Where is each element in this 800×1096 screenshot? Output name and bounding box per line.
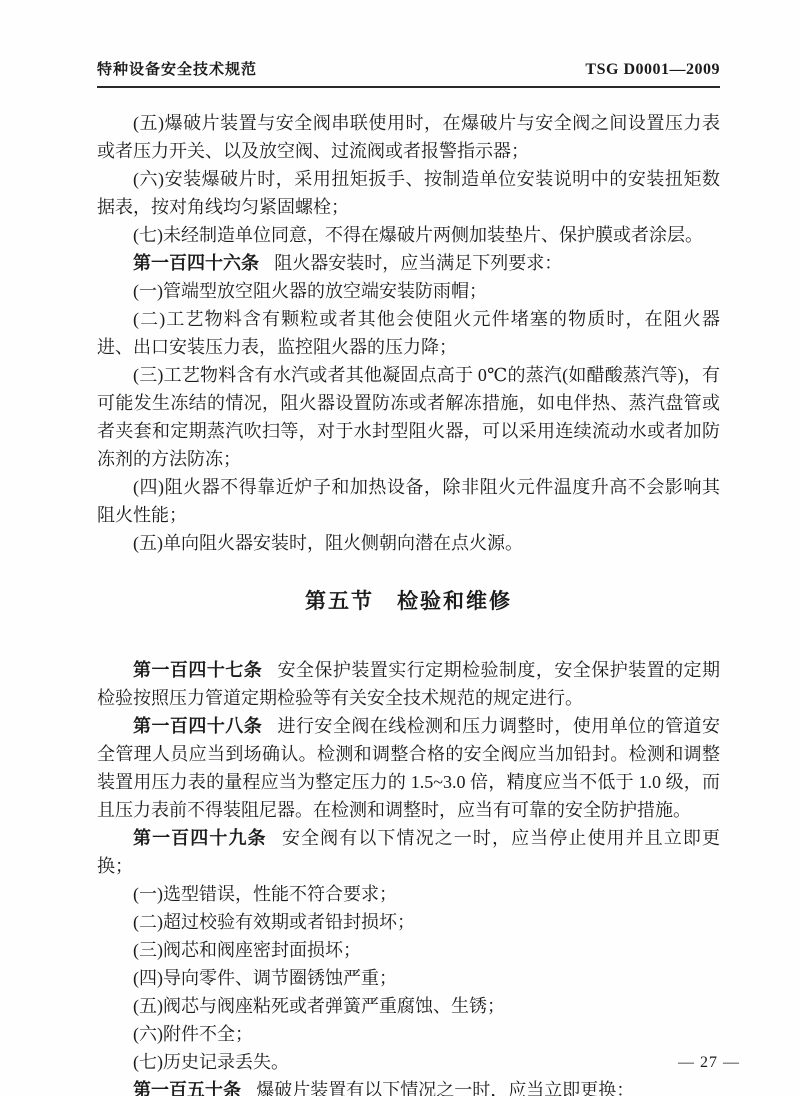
paragraph: (一)选型错误，性能不符合要求； [97, 880, 720, 908]
paragraph-text: (七)历史记录丢失。 [133, 1052, 289, 1072]
article-number: 第一百四十七条 [133, 660, 262, 680]
document-body: (五)爆破片装置与安全阀串联使用时，在爆破片与安全阀之间设置压力表或者压力开关、… [97, 109, 720, 1096]
paragraph: (二)超过校验有效期或者铅封损坏； [97, 908, 720, 936]
article-number: 第一百四十六条 [133, 253, 259, 273]
paragraph: 第一百四十七条安全保护装置实行定期检验制度，安全保护装置的定期检验按照压力管道定… [97, 656, 720, 712]
article-number: 第一百四十八条 [133, 716, 262, 736]
paragraph: (七)历史记录丢失。 [97, 1048, 720, 1076]
paragraph-text: (七)未经制造单位同意，不得在爆破片两侧加装垫片、保护膜或者涂层。 [133, 225, 703, 245]
paragraph: 第一百四十九条安全阀有以下情况之一时，应当停止使用并且立即更换； [97, 824, 720, 880]
paragraph: (三)工艺物料含有水汽或者其他凝固点高于 0℃的蒸汽(如醋酸蒸汽等)，有可能发生… [97, 361, 720, 473]
header-doc-code: TSG D0001—2009 [585, 61, 720, 79]
header-left-title: 特种设备安全技术规范 [97, 58, 257, 79]
article-number: 第一百四十九条 [133, 828, 267, 848]
paragraph: (六)安装爆破片时，采用扭矩扳手、按制造单位安装说明中的安装扭矩数据表，按对角线… [97, 165, 720, 221]
article-number: 第一百五十条 [133, 1080, 241, 1096]
paragraph-text: 阻火器安装时，应当满足下列要求： [274, 253, 562, 273]
page-number: — 27 — [678, 1054, 740, 1072]
paragraph: (五)单向阻火器安装时，阻火侧朝向潜在点火源。 [97, 529, 720, 557]
document-page: 特种设备安全技术规范 TSG D0001—2009 (五)爆破片装置与安全阀串联… [0, 0, 800, 1096]
paragraph: 第一百四十八条进行安全阀在线检测和压力调整时，使用单位的管道安全管理人员应当到场… [97, 712, 720, 824]
paragraph: (一)管端型放空阻火器的放空端安装防雨帽； [97, 277, 720, 305]
paragraph-text: (二)工艺物料含有颗粒或者其他会使阻火元件堵塞的物质时，在阻火器进、出口安装压力… [97, 309, 720, 357]
paragraph-text: (四)阻火器不得靠近炉子和加热设备，除非阻火元件温度升高不会影响其阻火性能； [97, 477, 720, 525]
paragraph-text: (三)阀芯和阀座密封面损坏； [133, 940, 361, 960]
paragraph-text: (四)导向零件、调节圈锈蚀严重； [133, 968, 397, 988]
section-heading: 第五节 检验和维修 [97, 588, 720, 616]
paragraph: (三)阀芯和阀座密封面损坏； [97, 936, 720, 964]
paragraph: (七)未经制造单位同意，不得在爆破片两侧加装垫片、保护膜或者涂层。 [97, 221, 720, 249]
paragraph: (四)阻火器不得靠近炉子和加热设备，除非阻火元件温度升高不会影响其阻火性能； [97, 473, 720, 529]
paragraph-text: (六)安装爆破片时，采用扭矩扳手、按制造单位安装说明中的安装扭矩数据表，按对角线… [97, 169, 720, 217]
paragraph: (六)附件不全； [97, 1020, 720, 1048]
paragraph-text: (一)管端型放空阻火器的放空端安装防雨帽； [133, 281, 487, 301]
paragraph-text: (二)超过校验有效期或者铅封损坏； [133, 912, 415, 932]
paragraph: (五)阀芯与阀座粘死或者弹簧严重腐蚀、生锈； [97, 992, 720, 1020]
paragraph-text: (三)工艺物料含有水汽或者其他凝固点高于 0℃的蒸汽(如醋酸蒸汽等)，有可能发生… [97, 365, 720, 469]
paragraph: 第一百五十条爆破片装置有以下情况之一时，应当立即更换： [97, 1076, 720, 1096]
paragraph: (二)工艺物料含有颗粒或者其他会使阻火元件堵塞的物质时，在阻火器进、出口安装压力… [97, 305, 720, 361]
paragraph: (五)爆破片装置与安全阀串联使用时，在爆破片与安全阀之间设置压力表或者压力开关、… [97, 109, 720, 165]
paragraph: (四)导向零件、调节圈锈蚀严重； [97, 964, 720, 992]
paragraph-text: (六)附件不全； [133, 1024, 253, 1044]
paragraph-text: (五)爆破片装置与安全阀串联使用时，在爆破片与安全阀之间设置压力表或者压力开关、… [97, 113, 720, 161]
paragraph-text: (一)选型错误，性能不符合要求； [133, 884, 397, 904]
paragraph-text: (五)阀芯与阀座粘死或者弹簧严重腐蚀、生锈； [133, 996, 505, 1016]
paragraph-text: 爆破片装置有以下情况之一时，应当立即更换： [256, 1080, 634, 1096]
page-header: 特种设备安全技术规范 TSG D0001—2009 [97, 58, 720, 88]
paragraph: 第一百四十六条阻火器安装时，应当满足下列要求： [97, 249, 720, 277]
paragraph-text: (五)单向阻火器安装时，阻火侧朝向潜在点火源。 [133, 533, 523, 553]
